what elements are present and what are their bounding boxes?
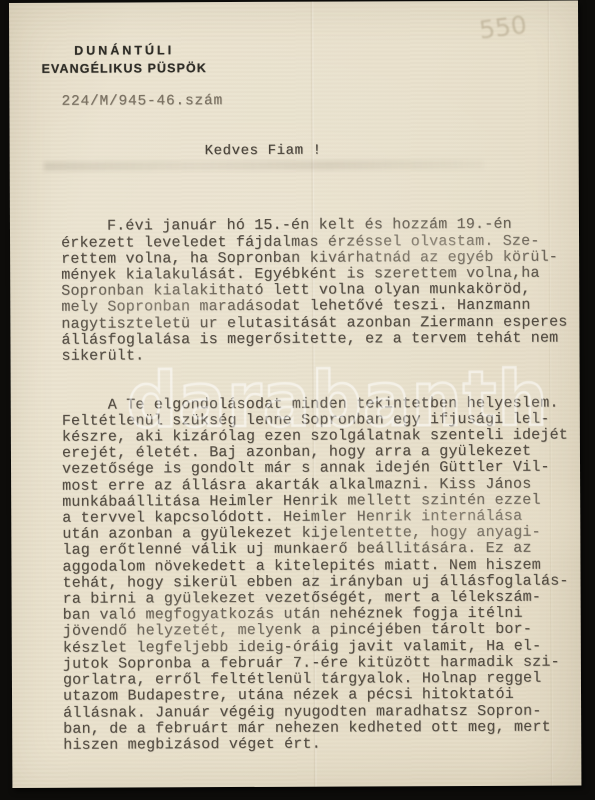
paragraph-1: F.évi január hó 15.-én kelt és hozzám 19… [61, 217, 576, 365]
ink-smudge [44, 160, 484, 171]
paragraph-2: A Te elgondolásodat minden tekintetben h… [62, 395, 578, 754]
letterhead-org-line2: EVANGÉLIKUS PÜSPÖK [39, 61, 209, 76]
letter-body: F.évi január hó 15.-én kelt és hozzám 19… [61, 185, 578, 787]
photo-background: DUNÁNTÚLI EVANGÉLIKUS PÜSPÖK 224/M/945-4… [0, 0, 595, 800]
letterhead: DUNÁNTÚLI EVANGÉLIKUS PÜSPÖK [39, 43, 209, 76]
letterhead-org-line1: DUNÁNTÚLI [39, 43, 209, 58]
pencil-annotation: 550 [477, 10, 528, 45]
letter-paper: DUNÁNTÚLI EVANGÉLIKUS PÜSPÖK 224/M/945-4… [9, 1, 581, 788]
salutation: Kedves Fiam ! [205, 143, 322, 160]
reference-number: 224/M/945-46.szám [61, 93, 223, 110]
